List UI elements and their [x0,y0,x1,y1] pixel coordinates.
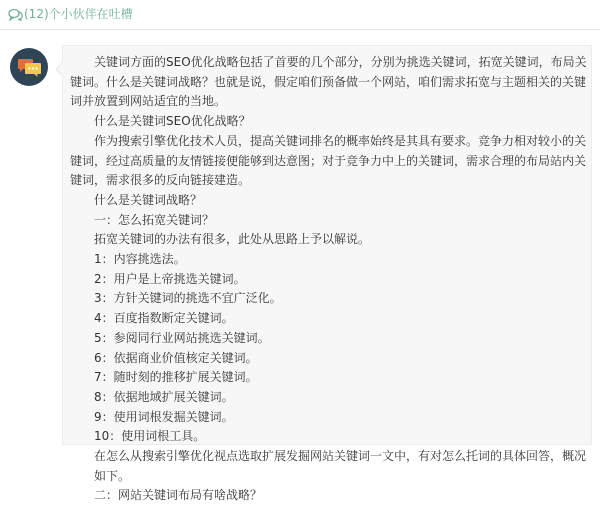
paragraph-question-seo: 什么是关键词SEO优化战略？ [70,112,588,132]
list-item: 5：参阅同行业网站挑选关键词。 [70,329,588,349]
comment-content: 关键词方面的SEO优化战略包括了首要的几个部分，分别为挑选关键词，拓宽关键词，布… [70,53,588,435]
avatar[interactable] [10,48,48,86]
list-item: 8：依据地域扩展关键词。 [70,388,588,408]
list-item: 6：依据商业价值核定关键词。 [70,349,588,369]
list-item: 10：使用词根工具。 [70,427,588,435]
list-item: 4：百度指数断定关键词。 [70,309,588,329]
paragraph-question-strategy: 什么是关键词战略？ [70,191,588,211]
paragraph-intro: 关键词方面的SEO优化战略包括了首要的几个部分，分别为挑选关键词，拓宽关键词，布… [70,53,588,112]
comment-count-label: (12)个小伙伴在吐槽 [24,7,133,21]
paragraph-section-one: 一：怎么拓宽关键词？ [70,211,588,231]
list-item: 7：随时刻的推移扩展关键词。 [70,368,588,388]
bubble-arrow-inner [57,63,63,75]
comment-count-link[interactable]: (12)个小伙伴在吐槽 [8,7,133,21]
speech-bubbles-icon [8,8,23,21]
list-item: 9：使用词根发掘关键词。 [70,408,588,428]
paragraph-methods-intro: 拓宽关键词的办法有很多，此处从思路上予以解说。 [70,230,588,250]
comments-header: (12)个小伙伴在吐槽 [0,0,600,30]
list-item: 2：用户是上帝挑选关键词。 [70,270,588,290]
chat-bubbles-avatar-icon [10,48,48,86]
list-item: 1：内容挑选法。 [70,250,588,270]
paragraph-seo-answer: 作为搜索引擎优化技术人员，提高关键词排名的概率始终是其具有要求。竞争力相对较小的… [70,132,588,191]
list-item: 3：方针关键词的挑选不宜广泛化。 [70,289,588,309]
